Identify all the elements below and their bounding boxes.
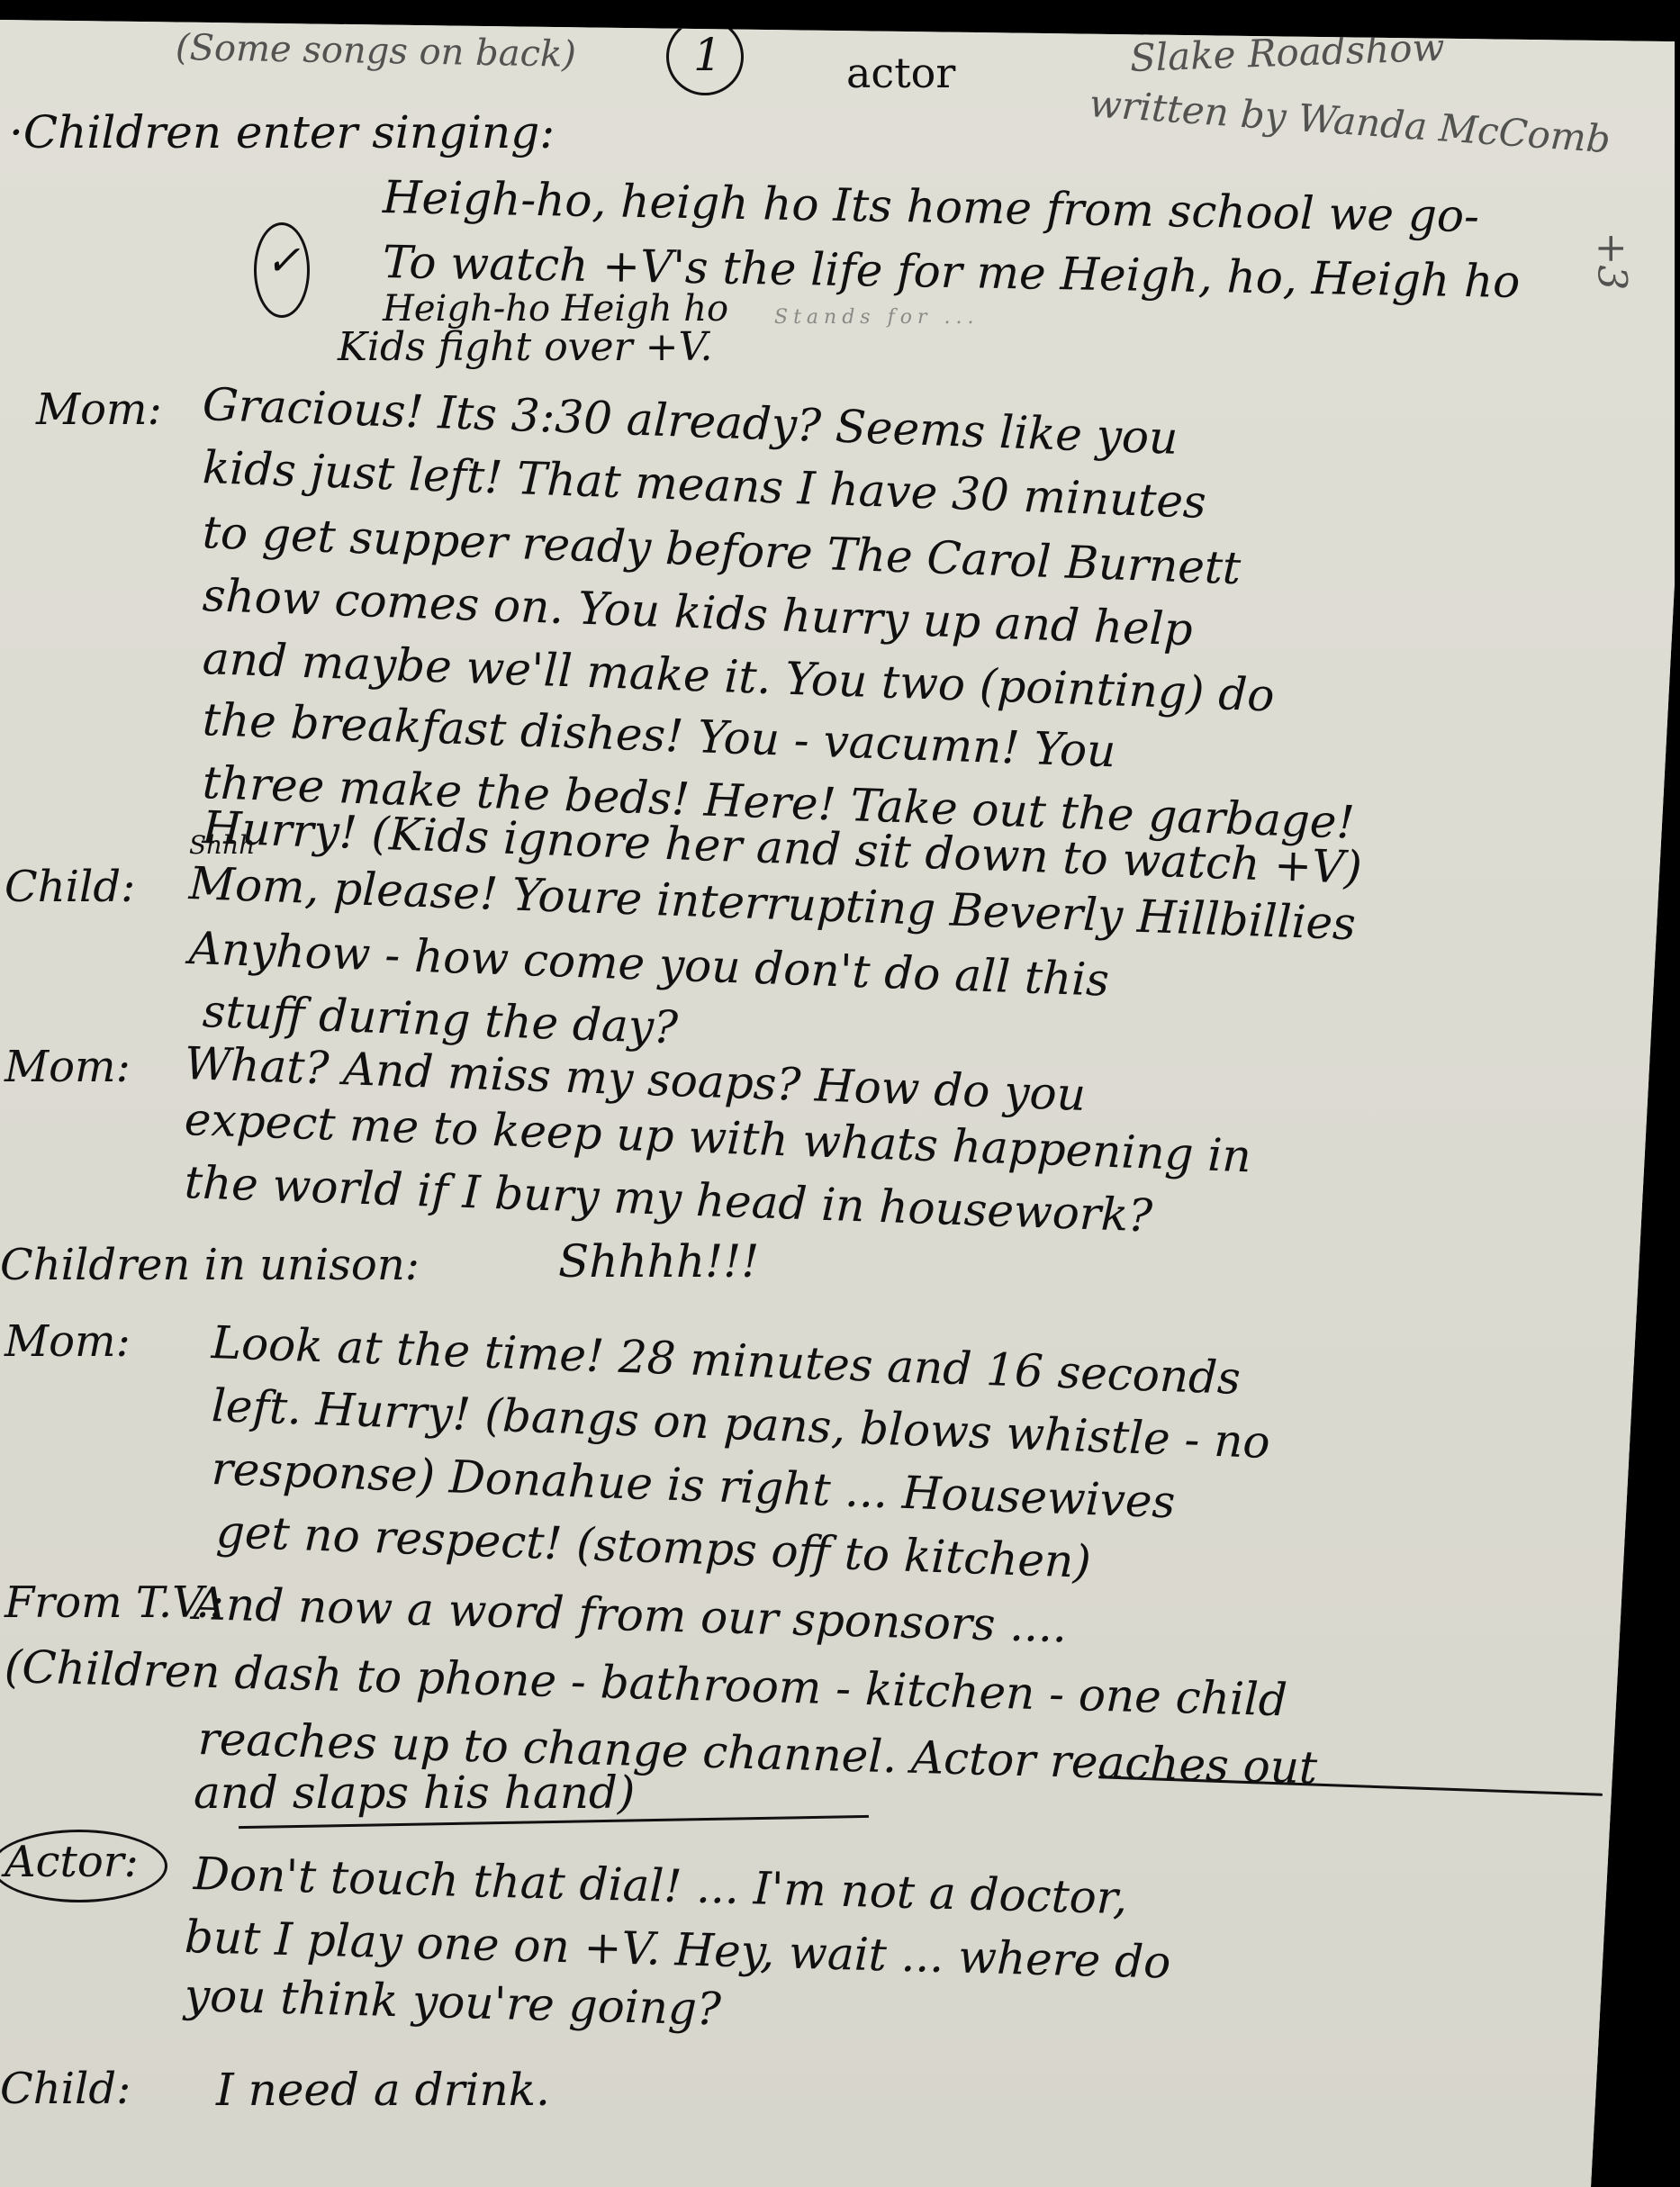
script-title: Slake Roadshow xyxy=(1129,25,1445,80)
speaker-mom: Mom: xyxy=(5,1042,131,1092)
checkmark-icon: ✓ xyxy=(266,236,301,285)
speaker-from-tv: From T.V.: xyxy=(5,1577,224,1628)
speaker-child: Child: xyxy=(0,2064,131,2114)
stage-direction-children-enter: ·Children enter singing: xyxy=(9,106,555,158)
speaker-child: Child: xyxy=(5,862,135,912)
stage-direction-line: and slaps his hand) xyxy=(194,1767,635,1819)
speaker-children-in-unison: Children in unison: xyxy=(0,1240,420,1290)
side-note: +3 xyxy=(1589,232,1635,291)
handwritten-script-page: (Some songs on back) 1 actor Slake Roads… xyxy=(0,20,1675,2187)
stage-direction-children-dash: (Children dash to phone - bathroom - kit… xyxy=(4,1640,1287,1726)
stage-direction-kids-fight: Kids fight over +V. xyxy=(338,324,713,370)
speaker-mom: Mom: xyxy=(36,384,162,435)
page-number: 1 xyxy=(693,29,722,81)
dialogue-line: And now a word from our sponsors .... xyxy=(193,1577,1067,1652)
song-line-1: Heigh-ho, heigh ho Its home from school … xyxy=(382,171,1479,242)
speaker-actor: Actor: xyxy=(5,1837,139,1887)
script-byline: written by Wanda McComb xyxy=(1088,81,1612,161)
note-some-songs-on-back: (Some songs on back) xyxy=(176,27,577,76)
dialogue-line: Shhhh!!! xyxy=(558,1235,759,1288)
speaker-mom: Mom: xyxy=(5,1316,131,1367)
note-actor: actor xyxy=(846,49,955,97)
dialogue-line: Don't touch that dial! ... I'm not a doc… xyxy=(193,1848,1128,1924)
dialogue-line: you think you're going? xyxy=(184,1969,721,2036)
inserted-word-shhh: Shhh xyxy=(189,830,255,860)
dialogue-line: I need a drink. xyxy=(216,2064,550,2116)
faint-pencil-note: Stands for ... xyxy=(774,306,979,329)
